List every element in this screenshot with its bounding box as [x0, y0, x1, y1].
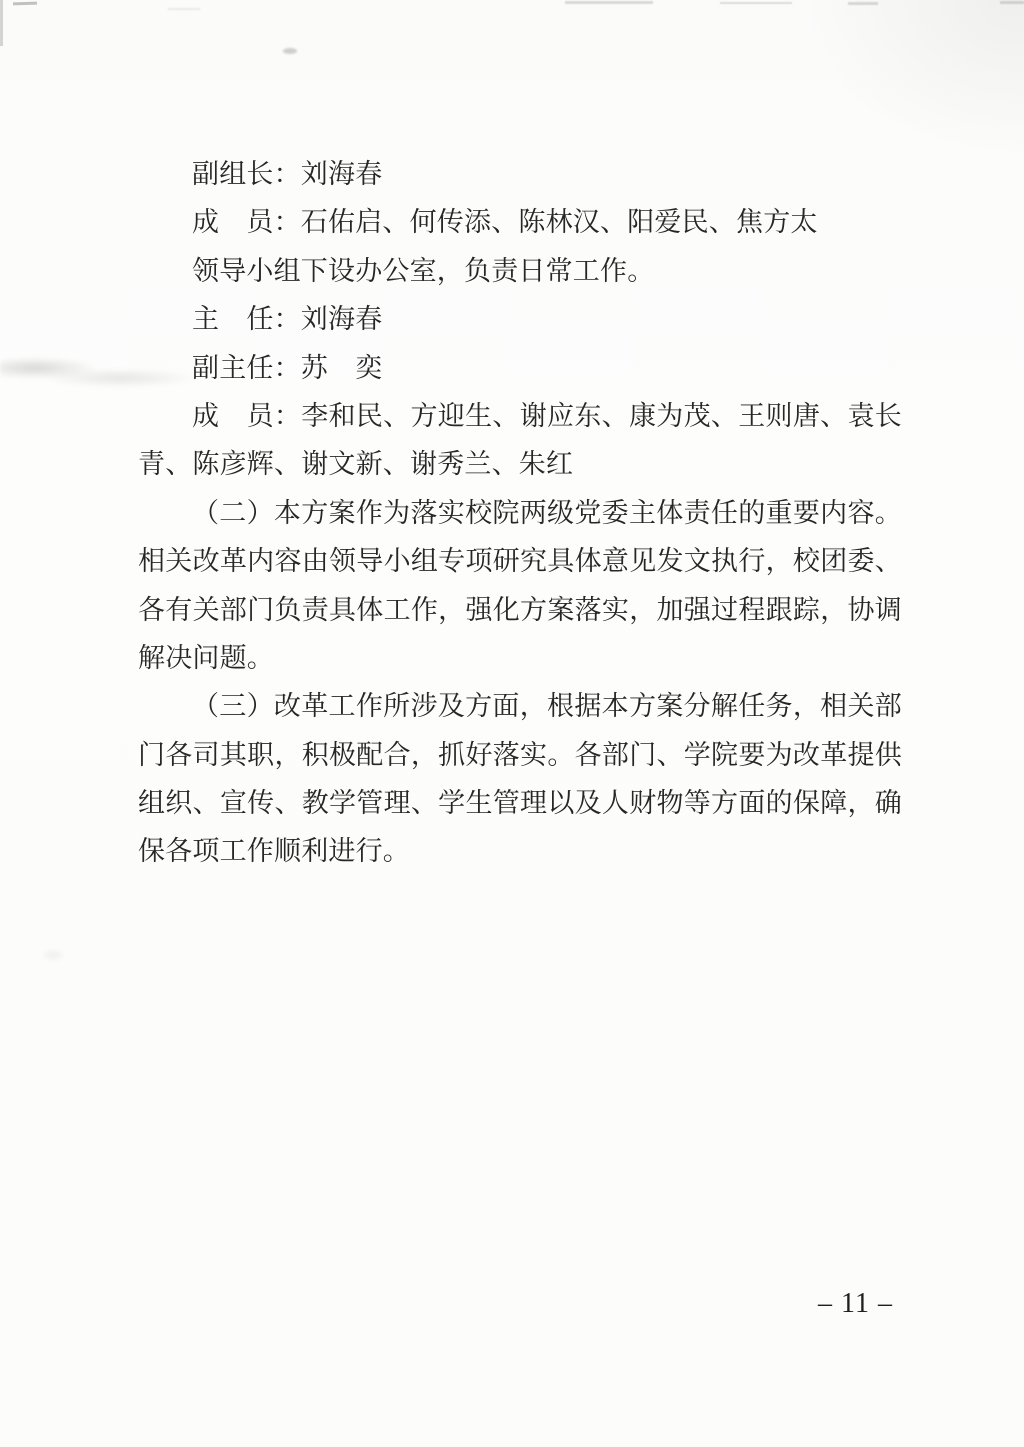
- scan-edge-line: [0, 0, 3, 46]
- doc-line-deputy-director: 副主任：苏 奕: [138, 344, 902, 392]
- scan-corner-shade: [784, 0, 1024, 170]
- scan-speck: [565, 1, 653, 4]
- doc-line-director: 主 任：刘海春: [138, 295, 902, 343]
- doc-paragraph-2-line-1: （二）本方案作为落实校院两级党委主体责任的重要内容。: [138, 489, 902, 537]
- document-body: 副组长：刘海春 成 员：石佑启、何传添、陈林汉、阳爱民、焦方太 领导小组下设办公…: [138, 150, 902, 876]
- doc-paragraph-2-line-3: 各有关部门负责具体工作，强化方案落实，加强过程跟踪，协调: [138, 586, 902, 634]
- scan-corner-mark: [13, 2, 37, 6]
- doc-paragraph-2-line-2: 相关改革内容由领导小组专项研究具体意见发文执行，校团委、: [138, 537, 902, 585]
- doc-line-office-note: 领导小组下设办公室，负责日常工作。: [138, 247, 902, 295]
- doc-paragraph-3-line-1: （三）改革工作所涉及方面，根据本方案分解任务，相关部: [138, 682, 902, 730]
- scan-speck: [848, 2, 878, 5]
- doc-line-members-1: 成 员：石佑启、何传添、陈林汉、阳爱民、焦方太: [138, 198, 902, 246]
- scan-speck: [1000, 1, 1024, 4]
- scan-smudge: [40, 948, 66, 962]
- doc-line-deputy-leader: 副组长：刘海春: [138, 150, 902, 198]
- doc-paragraph-3-line-2: 门各司其职，积极配合，抓好落实。各部门、学院要为改革提供: [138, 731, 902, 779]
- doc-line-members-2b: 青、陈彦辉、谢文新、谢秀兰、朱红: [138, 440, 902, 488]
- doc-paragraph-3-line-4: 保各项工作顺利进行。: [138, 827, 902, 875]
- scanned-page: 副组长：刘海春 成 员：石佑启、何传添、陈林汉、阳爱民、焦方太 领导小组下设办公…: [0, 0, 1024, 1447]
- scan-speck: [283, 48, 297, 54]
- scan-speck: [720, 2, 792, 4]
- doc-paragraph-2-line-4: 解决问题。: [138, 634, 902, 682]
- doc-line-members-2a: 成 员：李和民、方迎生、谢应东、康为茂、王则唐、袁长: [138, 392, 902, 440]
- doc-paragraph-3-line-3: 组织、宣传、教学管理、学生管理以及人财物等方面的保障，确: [138, 779, 902, 827]
- scan-speck: [168, 8, 200, 10]
- page-number: – 11 –: [818, 1288, 893, 1320]
